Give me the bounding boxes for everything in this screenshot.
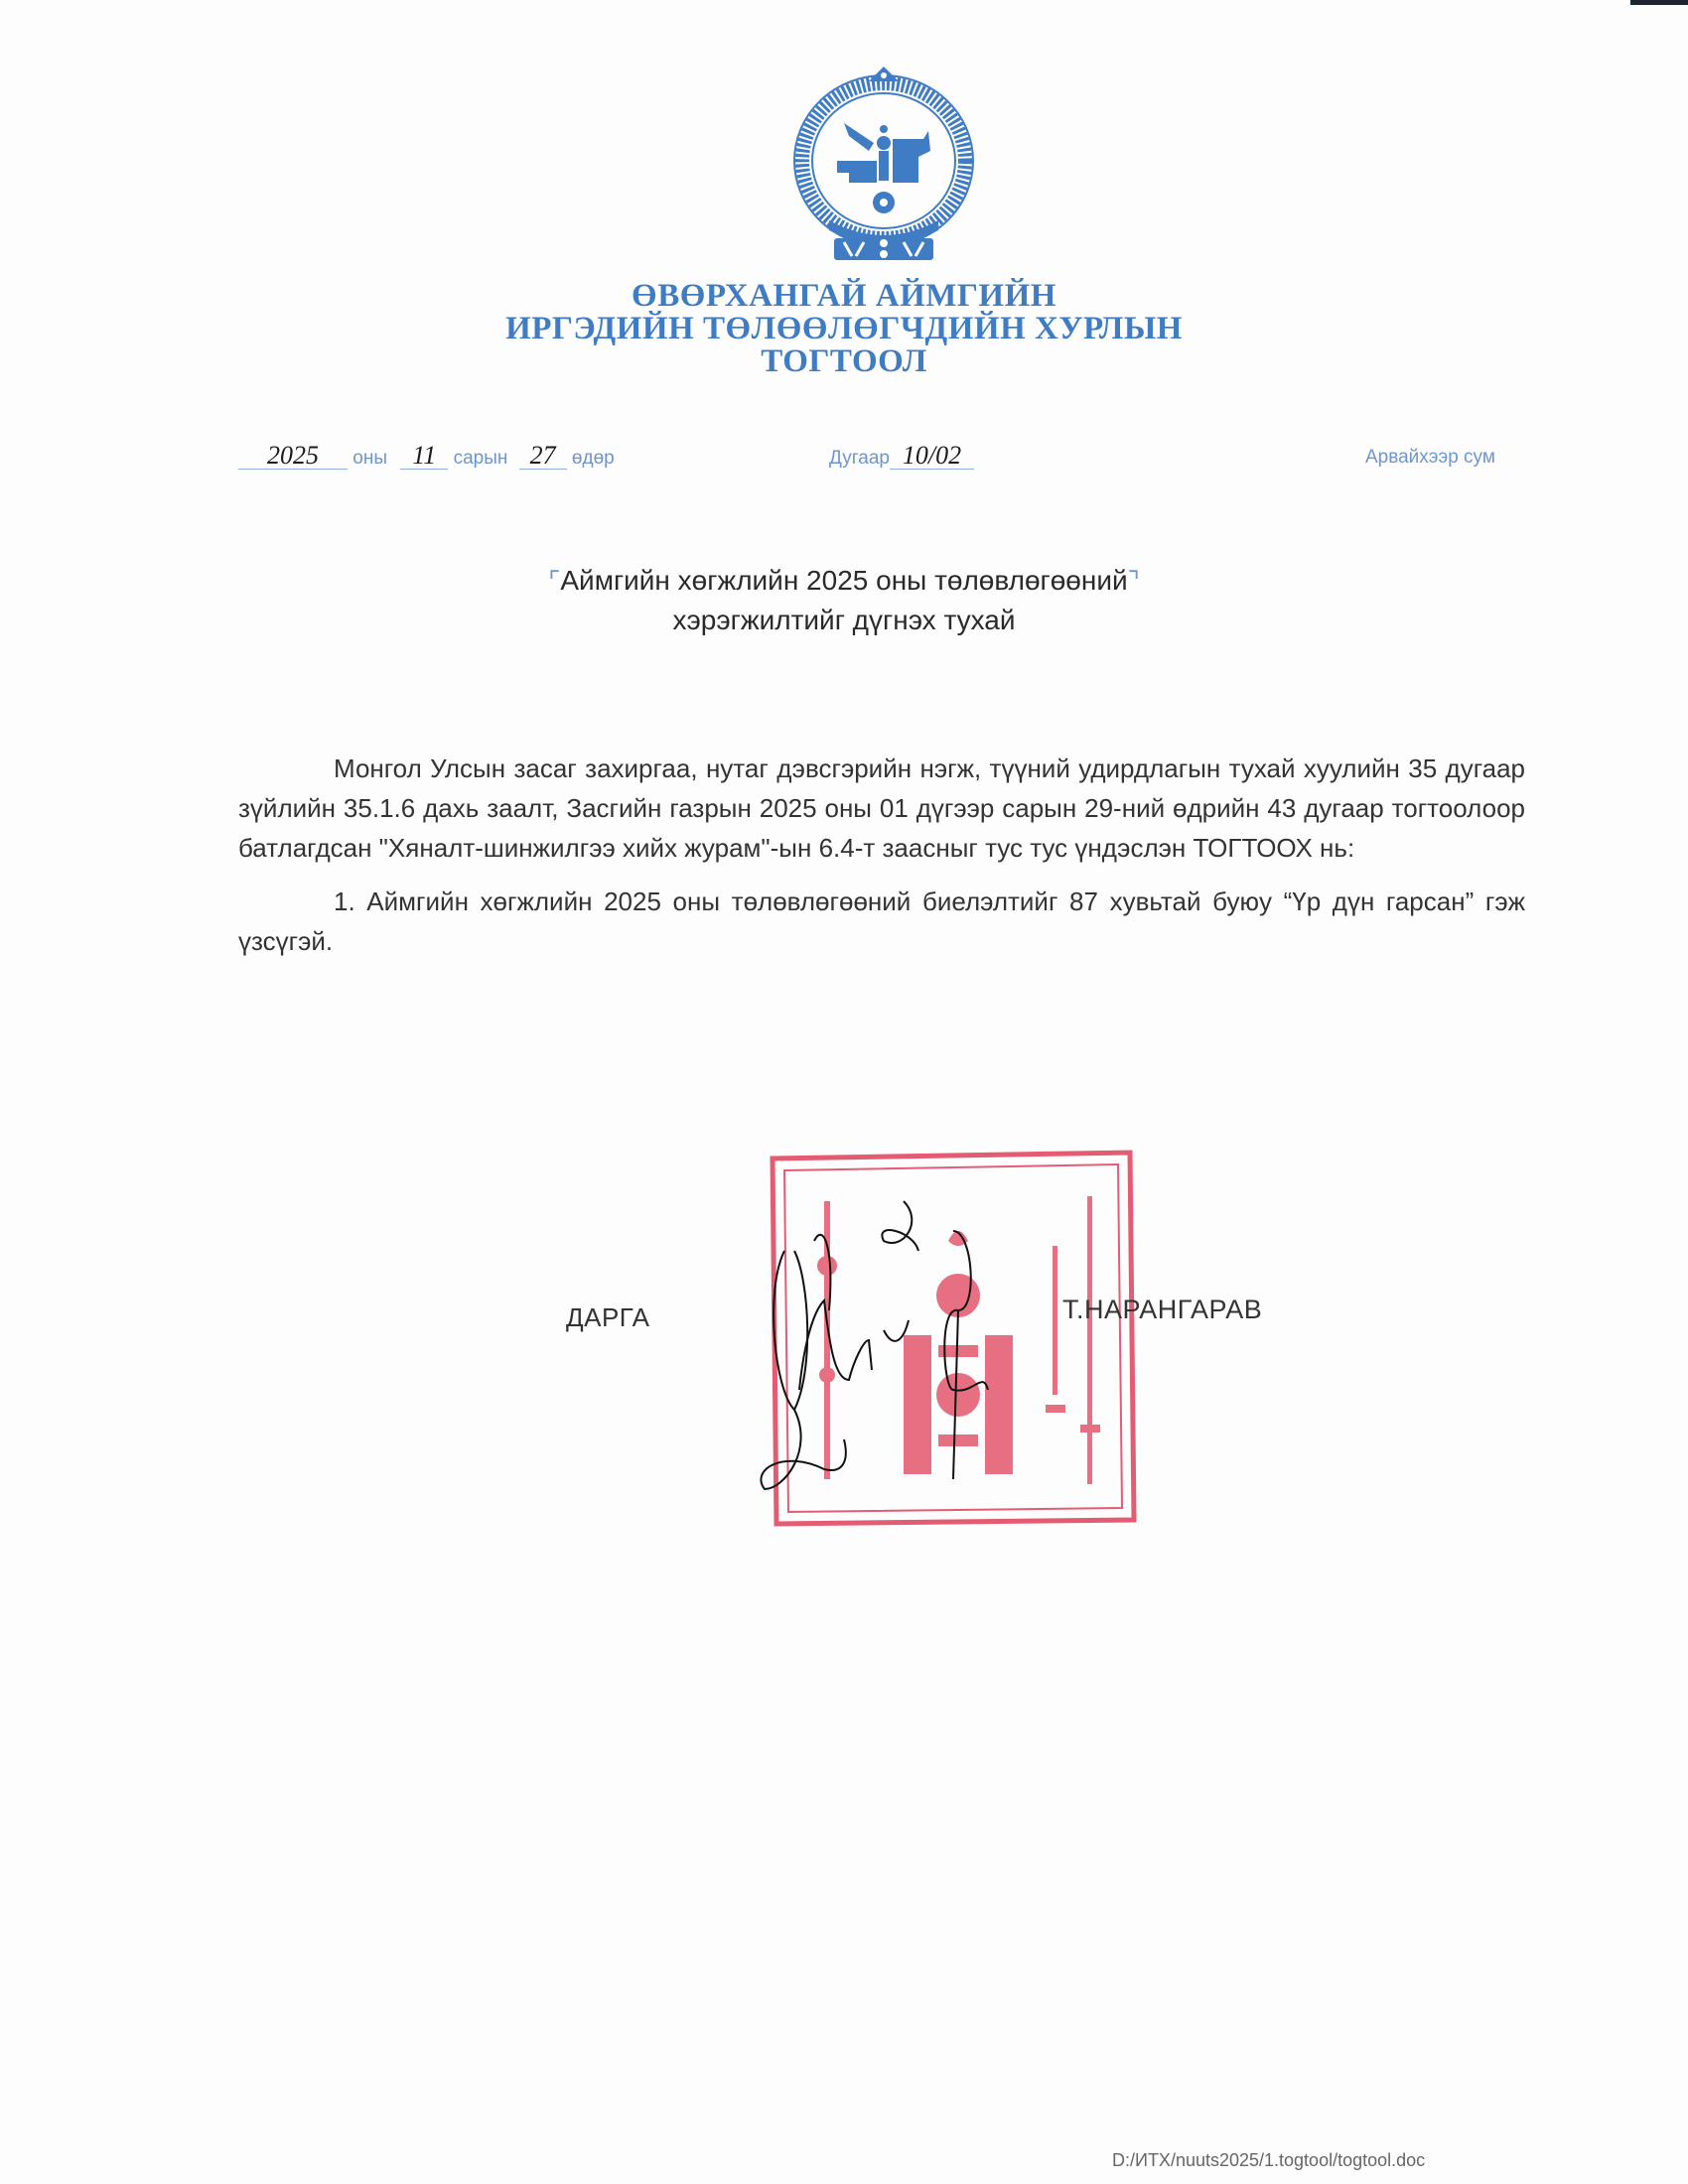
resolution-meta-line: 2025 оны 11 сарын 27 өдөр Дугаар10/02 Ар… <box>0 443 1688 482</box>
signatory-name: Т.НАРАНГАРАВ <box>1062 1295 1262 1325</box>
org-header-line-3: ТОГТООЛ <box>0 345 1688 378</box>
subject-line-1: Аймгийн хөгжлийн 2025 оны төлөвлөгөөний <box>560 565 1127 596</box>
bracket-right-icon: ⌝ <box>1128 566 1140 596</box>
body-paragraph-item-1: 1. Аймгийн хөгжлийн 2025 оны төлөвлөгөөн… <box>238 882 1525 961</box>
resolution-body: Монгол Улсын засаг захиргаа, нутаг дэвсг… <box>238 749 1525 961</box>
resolution-number: Дугаар10/02 <box>829 443 974 470</box>
org-header-line-2: ИРГЭДИЙН ТӨЛӨӨЛӨГЧДИЙН ХУРЛЫН <box>0 313 1688 345</box>
signatory-role: ДАРГА <box>566 1302 649 1333</box>
date-month-suffix: сарын <box>454 448 508 469</box>
handwritten-signature-icon <box>755 1191 1013 1529</box>
resolution-place: Арвайхээр сум <box>1365 447 1495 469</box>
date-day-field: 27 <box>519 443 567 470</box>
org-header-line-1: ӨВӨРХАНГАЙ АЙМГИЙН <box>0 280 1688 313</box>
body-paragraph-preamble: Монгол Улсын засаг захиргаа, нутаг дэвсг… <box>238 749 1525 868</box>
number-field: 10/02 <box>890 443 974 470</box>
date-year-suffix: оны <box>352 448 387 469</box>
bracket-left-icon: ⌜ <box>548 566 560 596</box>
date-month-field: 11 <box>400 443 448 470</box>
number-label: Дугаар <box>829 448 890 469</box>
footer-file-path: D:/ИТХ/nuuts2025/1.togtool/togtool.doc <box>1112 2150 1425 2171</box>
date-year-field: 2025 <box>238 443 348 470</box>
state-emblem-icon <box>789 62 978 265</box>
resolution-date: 2025 оны 11 сарын 27 өдөр <box>238 443 615 470</box>
date-day-suffix: өдөр <box>572 448 615 469</box>
organization-header: ӨВӨРХАНГАЙ АЙМГИЙН ИРГЭДИЙН ТӨЛӨӨЛӨГЧДИЙ… <box>0 280 1688 378</box>
resolution-subject: ⌜Аймгийн хөгжлийн 2025 оны төлөвлөгөөний… <box>0 561 1688 640</box>
subject-line-2: хэрэгжилтийг дүгнэх тухай <box>0 601 1688 640</box>
scan-edge-mark <box>1630 0 1688 5</box>
